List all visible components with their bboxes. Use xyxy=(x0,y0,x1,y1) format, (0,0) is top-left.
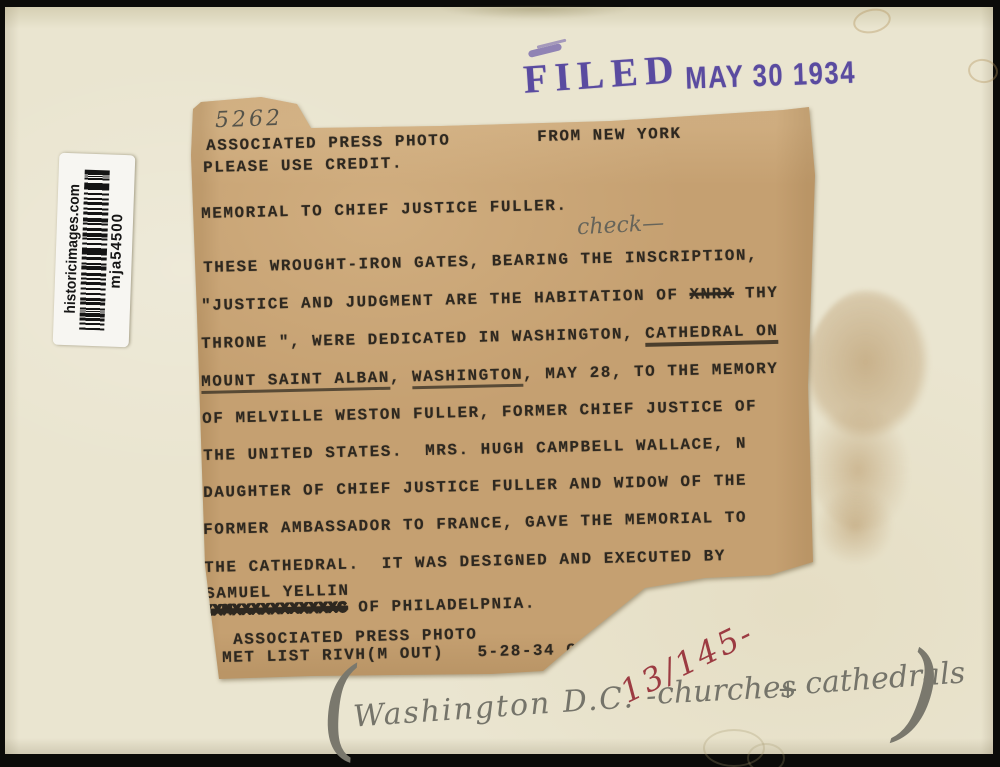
underlined-washington: WASHINGTON xyxy=(412,366,523,390)
tan-stain-small xyxy=(805,477,905,587)
credit-line-1: ASSOCIATED PRESS PHOTO xyxy=(206,131,451,156)
overstruck-word: XNRX xyxy=(689,285,734,304)
body-line-4-post: , MAY 28, TO THE MEMORY xyxy=(523,360,779,384)
caption-sheet-wrap: 5262 ASSOCIATED PRESS PHOTO PLEASE USE C… xyxy=(191,95,815,683)
caption-sheet: 5262 ASSOCIATED PRESS PHOTO PLEASE USE C… xyxy=(191,95,815,683)
body-line-3-pre: THRONE ", WERE DEDICATED IN WASHINGTON, xyxy=(201,325,645,353)
ring-stain xyxy=(966,57,999,85)
origin-line: FROM NEW YORK xyxy=(537,125,682,147)
vendor-code-label: mja54500 xyxy=(106,213,126,289)
handwritten-ampersand: + xyxy=(777,675,799,705)
body-line-2: "JUSTICE AND JUDGMENT ARE THE HABITATION… xyxy=(201,284,779,316)
body-line-8: FORMER AMBASSADOR TO FRANCE, GAVE THE ME… xyxy=(203,509,747,540)
body-line-4-mid: , xyxy=(390,368,413,386)
check-annotation: check— xyxy=(576,211,664,241)
photo-verso-paper: FILEDMAY 30 1934 historicimages.com mja5… xyxy=(5,7,993,754)
filed-date-stamp: FILEDMAY 30 1934 xyxy=(522,30,894,103)
credit-line-2: PLEASE USE CREDIT. xyxy=(203,154,403,178)
body-line-2-post: THY xyxy=(734,284,779,303)
barcode xyxy=(79,170,110,331)
caption-title: MEMORIAL TO CHIEF JUSTICE FULLER. xyxy=(201,197,568,224)
body-line-2-pre: "JUSTICE AND JUDGMENT ARE THE HABITATION… xyxy=(201,286,690,315)
handwritten-note-part1: Washington D.C. - xyxy=(352,678,659,734)
stamp-date: MAY 30 1934 xyxy=(685,55,857,97)
body-line-7: DAUGHTER OF CHIEF JUSTICE FULLER AND WID… xyxy=(203,472,747,503)
barcode-sticker: historicimages.com mja54500 xyxy=(53,153,136,348)
photo-number-pencil: 5262 xyxy=(215,106,284,133)
body-line-3: THRONE ", WERE DEDICATED IN WASHINGTON, … xyxy=(201,322,779,354)
faint-pencil-doodle xyxy=(747,743,785,767)
top-edge-smudge xyxy=(430,7,640,25)
crossed-out-text: XXMXXXXXXXXXXXG xyxy=(203,599,347,620)
handwritten-close-paren: ) xyxy=(891,637,944,749)
body-line-1: THESE WROUGHT-IRON GATES, BEARING THE IN… xyxy=(203,246,758,278)
underlined-mount-saint-alban: MOUNT SAINT ALBAN xyxy=(201,369,390,394)
body-line-4: MOUNT SAINT ALBAN, WASHINGTON, MAY 28, T… xyxy=(201,360,779,392)
body-line-11-post: OF PHILADELPNIA. xyxy=(347,594,536,616)
body-line-5: OF MELVILLE WESTON FULLER, FORMER CHIEF … xyxy=(202,397,757,429)
body-line-9: THE CATHEDRAL. IT WAS DESIGNED AND EXECU… xyxy=(204,547,726,578)
underlined-cathedral-on: CATHEDRAL ON xyxy=(645,322,779,347)
body-line-6: THE UNITED STATES. MRS. HUGH CAMPBELL WA… xyxy=(203,435,747,466)
